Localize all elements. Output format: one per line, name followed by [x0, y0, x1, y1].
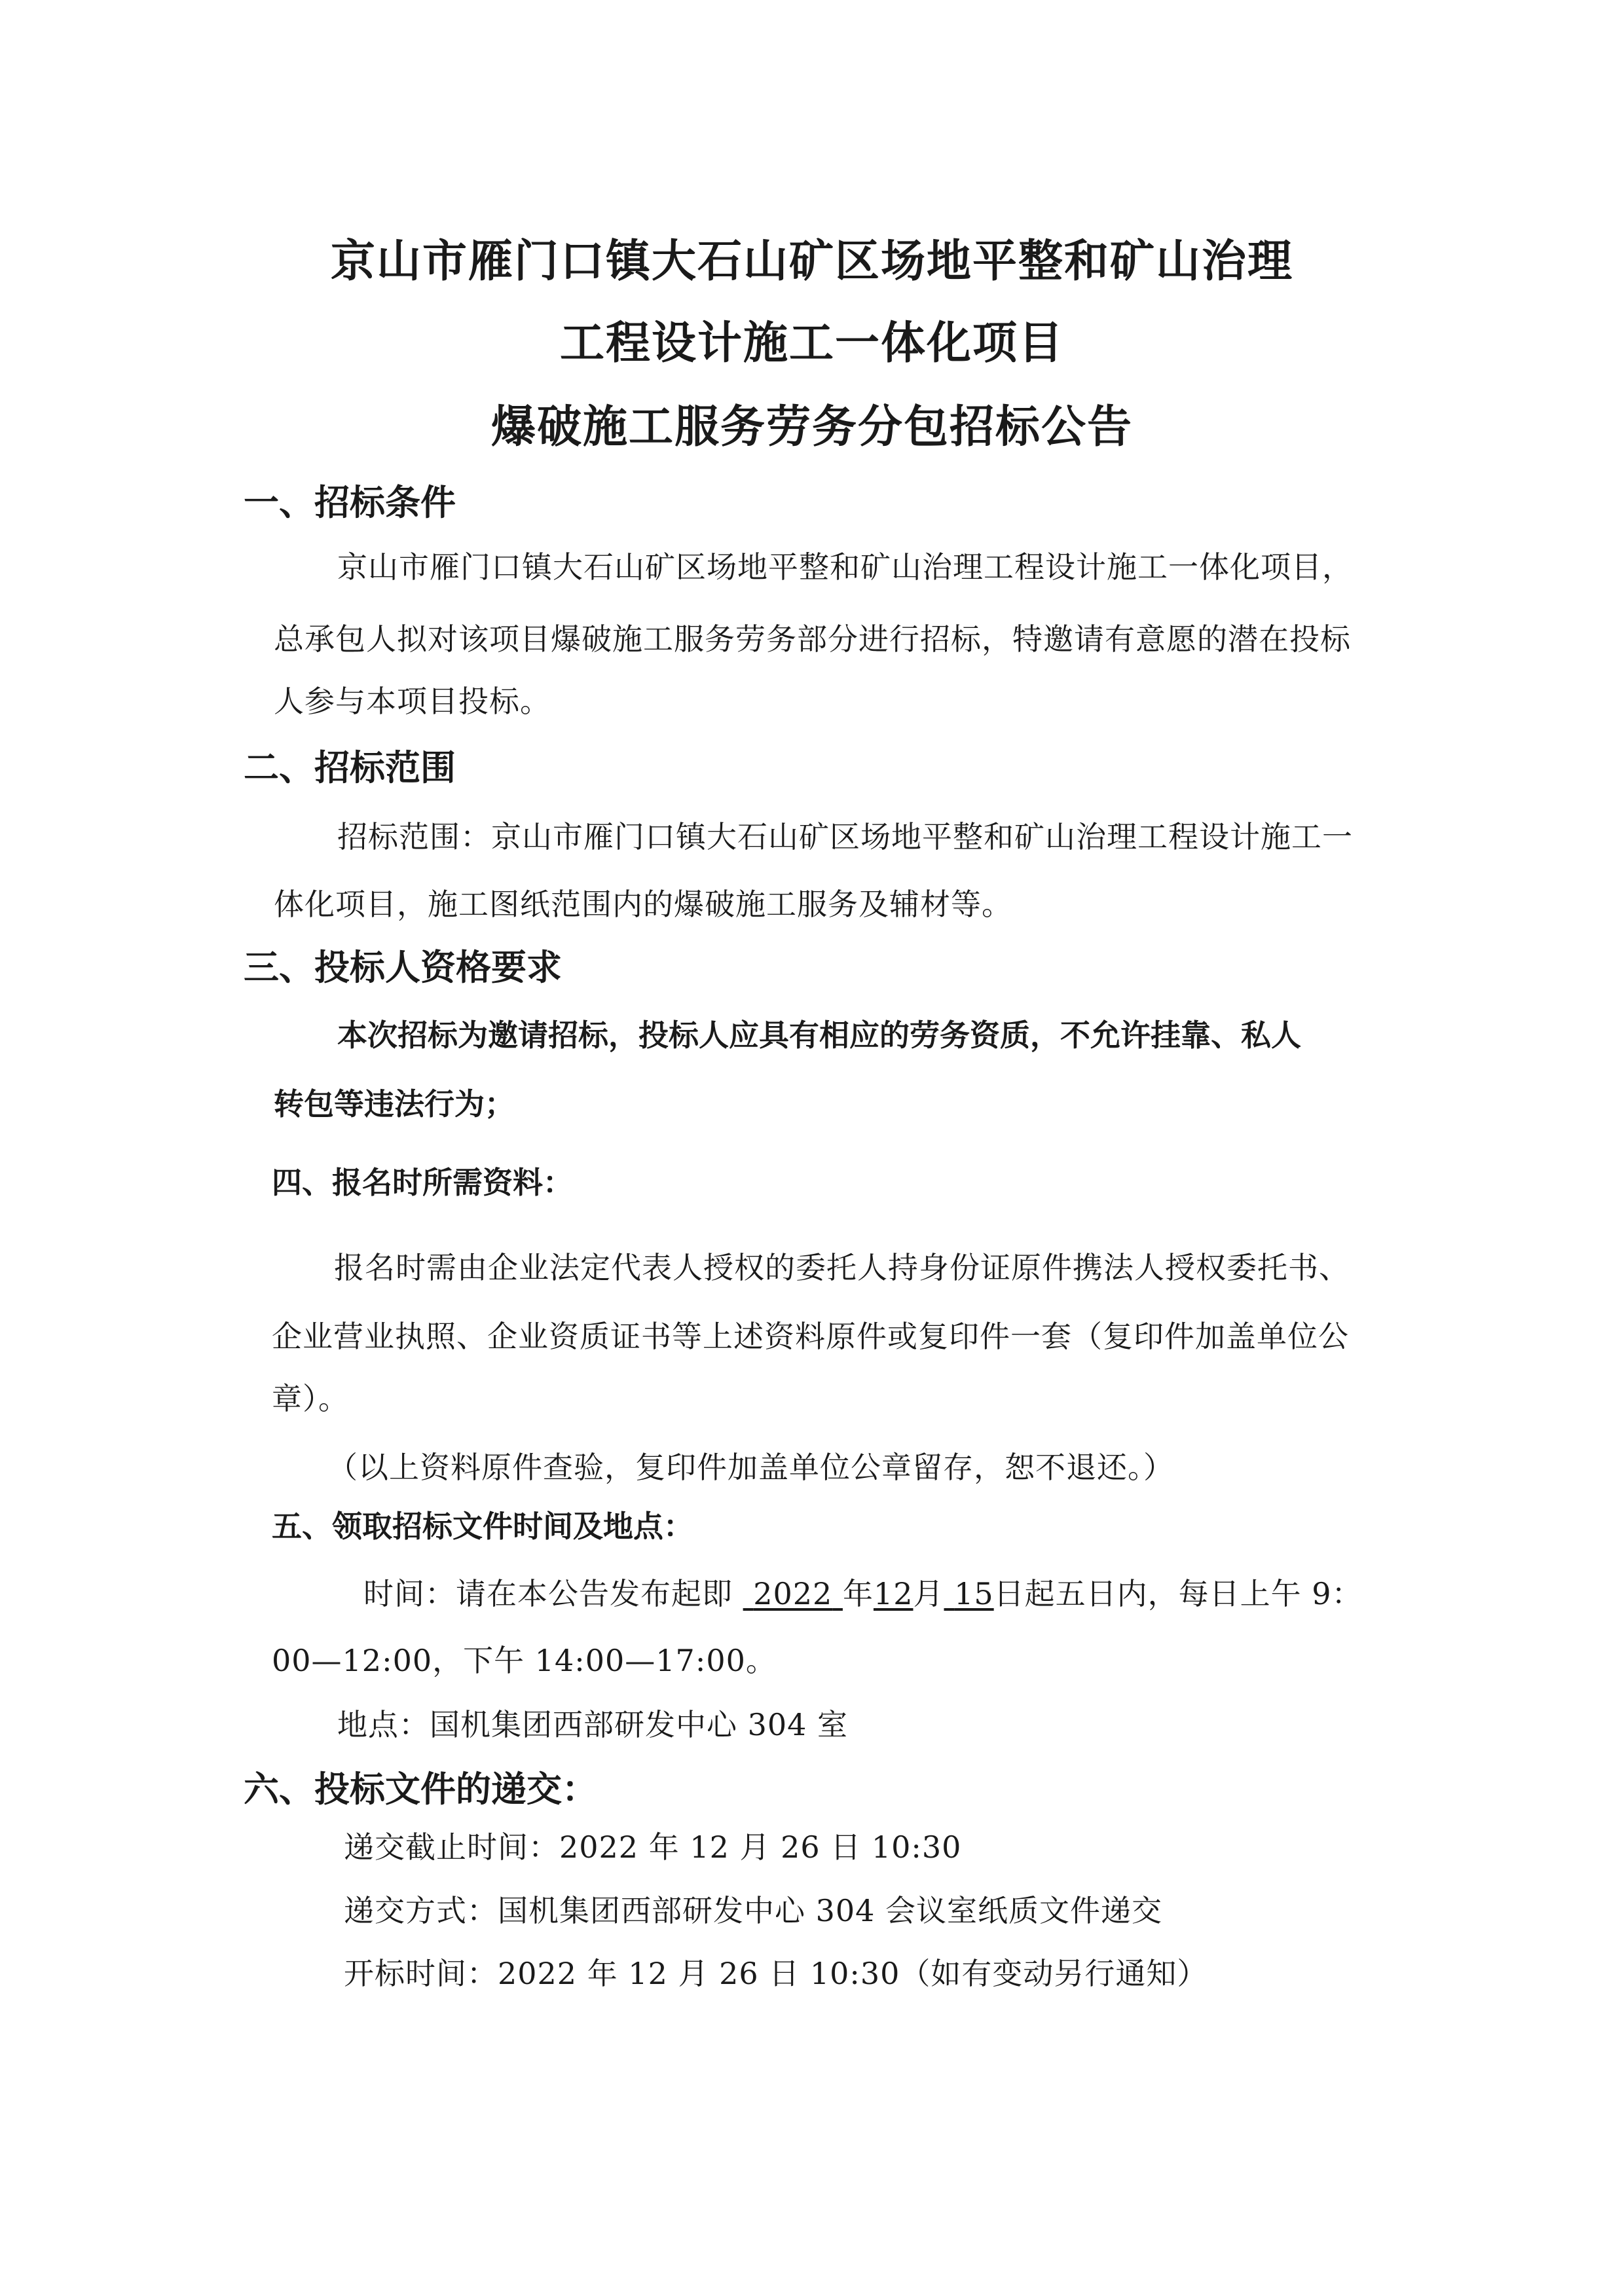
- title-line-2: 工程设计施工一体化项目: [0, 308, 1624, 371]
- section-6-opening-time: 开标时间：2022 年 12 月 26 日 10:30（如有变动另行通知）: [344, 1950, 1208, 1993]
- section-3-line-1: 本次招标为邀请招标，投标人应具有相应的劳务资质，不允许挂靠、私人: [337, 1012, 1301, 1055]
- time-prefix: 时间：请在本公告发布起即: [363, 1576, 733, 1611]
- section-2-line-2: 体化项目，施工图纸范围内的爆破施工服务及辅材等。: [274, 881, 1012, 924]
- month-unit: 月: [913, 1576, 944, 1611]
- section-5-time-line: 时间：请在本公告发布起即 2022 年12月 15日起五日内，每日上午 9：: [363, 1570, 1363, 1613]
- section-6-heading: 六、投标文件的递交：: [244, 1761, 597, 1812]
- section-4-line-2: 企业营业执照、企业资质证书等上述资料原件或复印件一套（复印件加盖单位公: [272, 1313, 1349, 1356]
- section-4-note: （以上资料原件查验，复印件加盖单位公章留存，恕不退还。）: [327, 1444, 1174, 1487]
- section-5-time-line-2: 00—12:00，下午 14:00—17:00。: [272, 1637, 777, 1680]
- title-line-3: 爆破施工服务劳务分包招标公告: [0, 392, 1624, 455]
- section-3-heading: 三、投标人资格要求: [244, 940, 562, 990]
- section-1-line-3: 人参与本项目投标。: [274, 678, 551, 721]
- section-1-line-2: 总承包人拟对该项目爆破施工服务劳务部分进行招标，特邀请有意愿的潜在投标: [274, 615, 1351, 659]
- day-value: 15: [944, 1576, 994, 1611]
- section-4-line-3: 章）。: [272, 1375, 349, 1418]
- section-4-heading: 四、报名时所需资料：: [272, 1159, 573, 1202]
- section-1-line-1: 京山市雁门口镇大石山矿区场地平整和矿山治理工程设计施工一体化项目，: [337, 543, 1353, 587]
- year-unit: 年: [843, 1576, 874, 1611]
- section-3-line-2: 转包等违法行为；: [274, 1080, 515, 1124]
- year-value: 2022: [743, 1576, 843, 1611]
- month-value: 12: [874, 1576, 913, 1611]
- time-suffix: 日起五日内，每日上午 9：: [994, 1576, 1363, 1611]
- section-6-method: 递交方式：国机集团西部研发中心 304 会议室纸质文件递交: [344, 1887, 1162, 1930]
- section-2-heading: 二、招标范围: [244, 740, 456, 790]
- title-line-1: 京山市雁门口镇大石山矿区场地平整和矿山治理: [0, 226, 1624, 289]
- section-5-heading: 五、领取招标文件时间及地点：: [272, 1503, 693, 1546]
- section-5-location: 地点：国机集团西部研发中心 304 室: [337, 1701, 848, 1744]
- section-1-heading: 一、招标条件: [244, 475, 456, 525]
- section-6-deadline: 递交截止时间：2022 年 12 月 26 日 10:30: [344, 1824, 961, 1867]
- section-2-line-1: 招标范围：京山市雁门口镇大石山矿区场地平整和矿山治理工程设计施工一: [337, 813, 1353, 856]
- section-4-line-1: 报名时需由企业法定代表人授权的委托人持身份证原件携法人授权委托书、: [334, 1244, 1350, 1287]
